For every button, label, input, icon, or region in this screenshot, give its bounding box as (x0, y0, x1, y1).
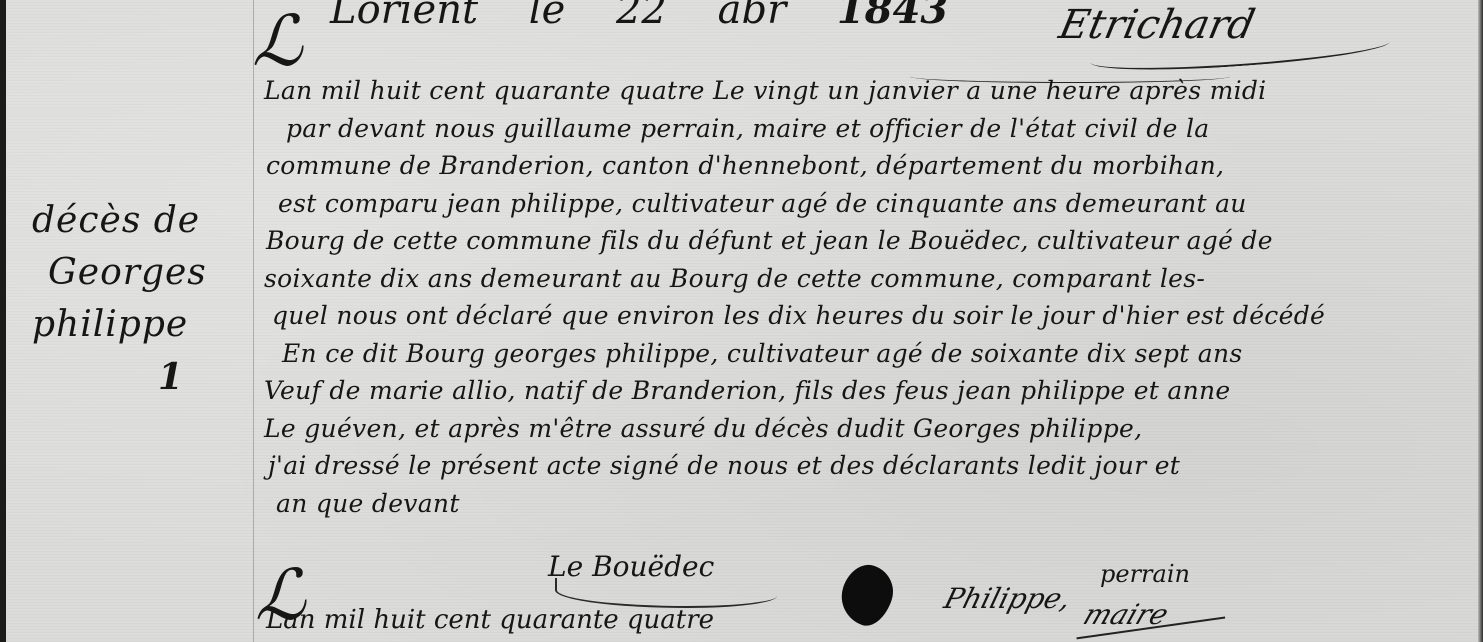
register-page: Lorient le 22 abr 1843 Etrichard ℒ décès… (0, 0, 1483, 642)
margin-note-line: Georges (28, 247, 243, 299)
header-year: 1843 (837, 0, 948, 33)
ink-blot (834, 559, 900, 632)
record-line: commune de Branderion, canton d'hennebon… (258, 147, 1473, 185)
record-line: par devant nous guillaume perrain, maire… (258, 110, 1473, 148)
record-line: Le guéven, et après m'être assuré du déc… (258, 410, 1473, 448)
margin-note-line: décès de (28, 195, 243, 247)
record-line: Bourg de cette commune fils du défunt et… (258, 222, 1473, 260)
header-month: abr (718, 0, 787, 33)
page-binding-edge (0, 0, 6, 642)
header-date-prefix: le (529, 0, 565, 33)
initial-flourish-l: ℒ (252, 6, 302, 76)
register-header: Lorient le 22 abr 1843 (330, 0, 986, 33)
margin-note-entry-number: 1 (28, 351, 243, 403)
death-record-body: Lan mil huit cent quarante quatre Le vin… (258, 72, 1473, 522)
signature-flourish (555, 578, 777, 608)
header-place: Lorient (330, 0, 478, 33)
record-line: quel nous ont déclaré que environ les di… (258, 297, 1473, 335)
header-day: 22 (616, 0, 667, 33)
record-line: est comparu jean philippe, cultivateur a… (258, 185, 1473, 223)
signature-mayor-name: perrain (1100, 560, 1190, 588)
record-line: soixante dix ans demeurant au Bourg de c… (258, 260, 1473, 298)
signature-philippe: Philippe, (941, 582, 1075, 615)
record-line: j'ai dressé le présent acte signé de nou… (258, 447, 1473, 485)
margin-rule (253, 0, 254, 642)
record-line: an que devant (258, 485, 1473, 523)
margin-note-line: philippe (28, 299, 243, 351)
record-line: Veuf de marie allio, natif de Branderion… (258, 372, 1473, 410)
page-right-edge (1478, 0, 1483, 642)
margin-annotation: décès de Georges philippe 1 (28, 195, 243, 403)
record-line: Lan mil huit cent quarante quatre Le vin… (258, 72, 1473, 110)
next-entry-start: Lan mil huit cent quarante quatre (266, 605, 714, 635)
record-line: En ce dit Bourg georges philippe, cultiv… (258, 335, 1473, 373)
